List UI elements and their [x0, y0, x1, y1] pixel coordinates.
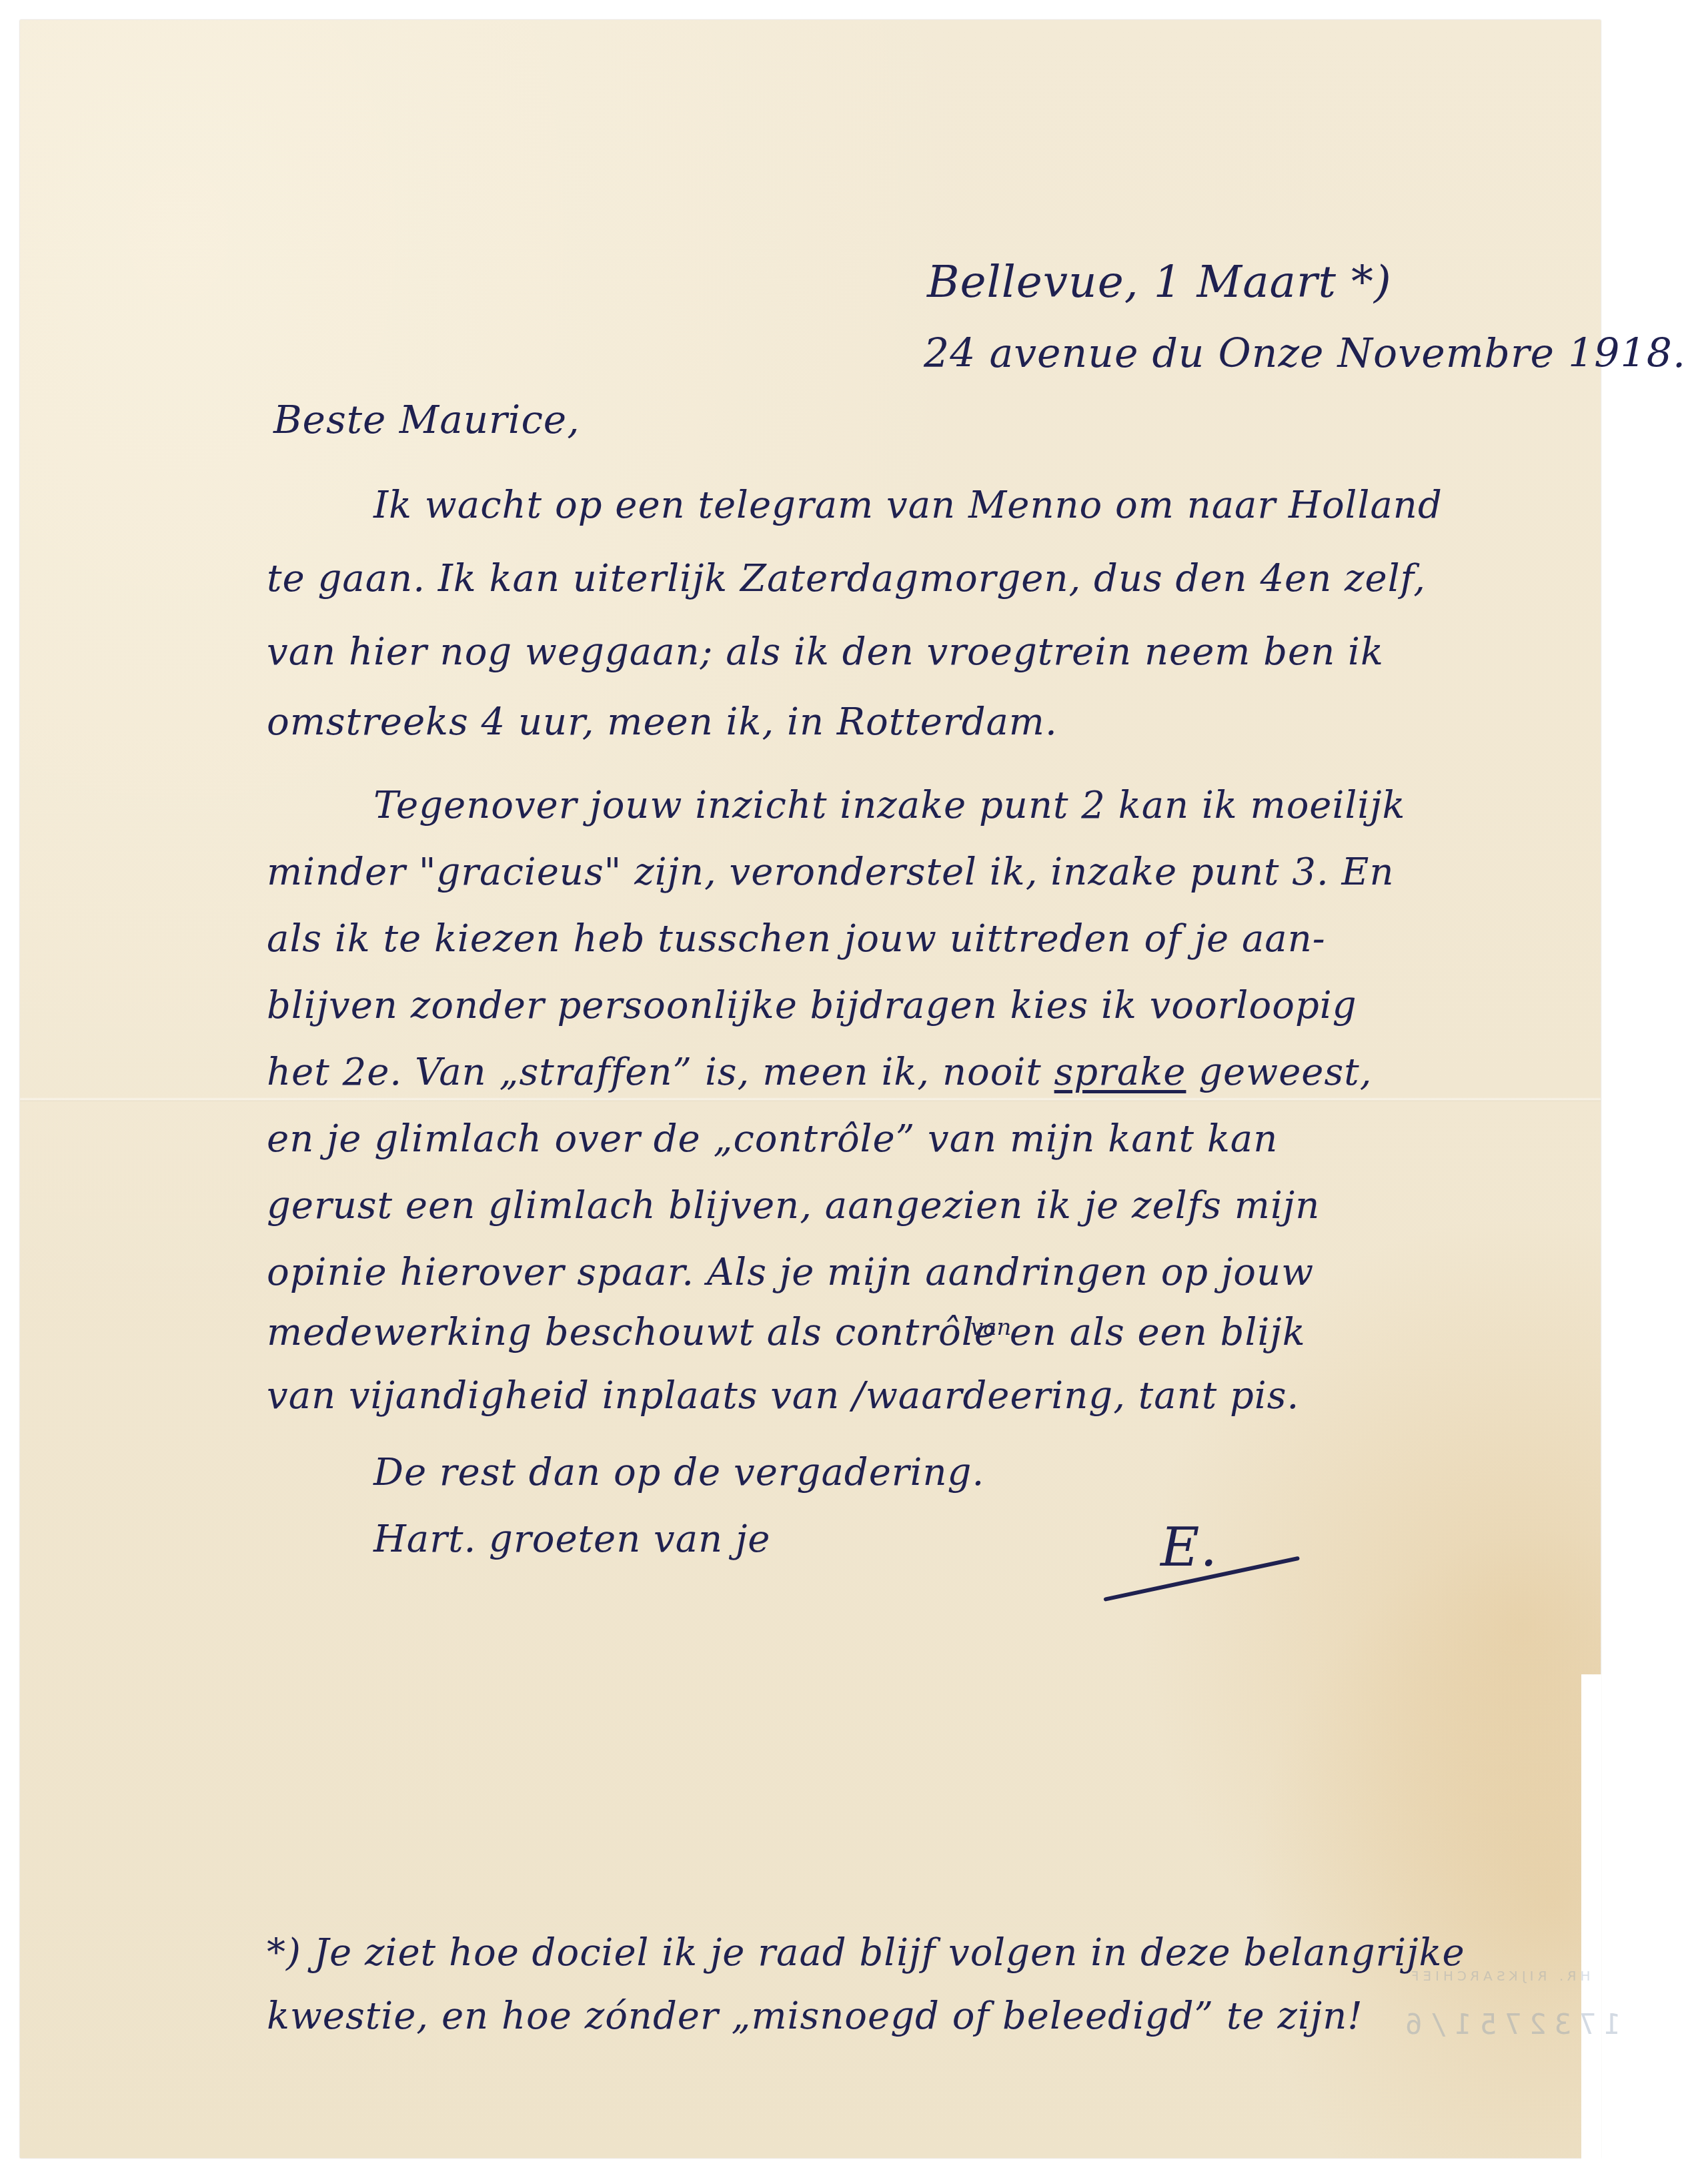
place-date: Bellevue, 1 Maart *): [927, 260, 1392, 304]
body-line: gerust een glimlach blijven, aangezien i…: [267, 1187, 1320, 1225]
body-line: Tegenover jouw inzicht inzake punt 2 kan…: [373, 787, 1406, 825]
body-line: en je glimlach over de „contrôle” van mi…: [267, 1121, 1278, 1158]
body-line: De rest dan op de vergadering.: [373, 1454, 984, 1492]
body-line: van hier nog weggaan; als ik den vroegtr…: [267, 634, 1384, 671]
underlined-word: sprake: [1054, 1051, 1186, 1094]
torn-edge: [1581, 1674, 1601, 2181]
body-line: te gaan. Ik kan uiterlijk Zaterdagmorgen…: [267, 560, 1426, 598]
body-text: geweest,: [1198, 1051, 1372, 1094]
body-line: omstreeks 4 uur, meen ik, in Rotterdam.: [267, 704, 1058, 741]
body-line: blijven zonder persoonlijke bijdragen ki…: [267, 987, 1357, 1025]
signature: E.: [1160, 1521, 1218, 1574]
address-line: 24 avenue du Onze Novembre 1918.: [924, 334, 1684, 374]
body-line: Ik wacht op een telegram van Menno om na…: [373, 487, 1443, 524]
archive-stamp-number: 1732751/6: [1397, 2008, 1621, 2041]
body-line: minder "gracieus" zijn, veronderstel ik,…: [267, 854, 1394, 891]
body-line: opinie hierover spaar. Als je mijn aandr…: [267, 1254, 1314, 1291]
footnote-line: kwestie, en hoe zónder „misnoegd of bele…: [267, 1998, 1363, 2035]
body-line: medewerking beschouwt als contrôle en al…: [267, 1314, 1306, 1351]
body-line: van vijandigheid inplaats van /waardeeri…: [267, 1378, 1299, 1415]
inserted-word: van: [970, 1314, 1011, 1341]
closing: Hart. groeten van je: [373, 1521, 770, 1558]
footnote-line: *) Je ziet hoe dociel ik je raad blijf v…: [267, 1935, 1465, 1972]
salutation: Beste Maurice,: [273, 400, 580, 439]
body-text: het 2e. Van „straffen” is, meen ik, nooi…: [267, 1051, 1042, 1094]
body-line: het 2e. Van „straffen” is, meen ik, nooi…: [267, 1054, 1373, 1091]
archive-stamp-text: HR. RIJKSARCHIEF: [1407, 1968, 1590, 1984]
body-line: als ik te kiezen heb tusschen jouw uittr…: [267, 921, 1326, 958]
fold-crease: [20, 1097, 1601, 1101]
